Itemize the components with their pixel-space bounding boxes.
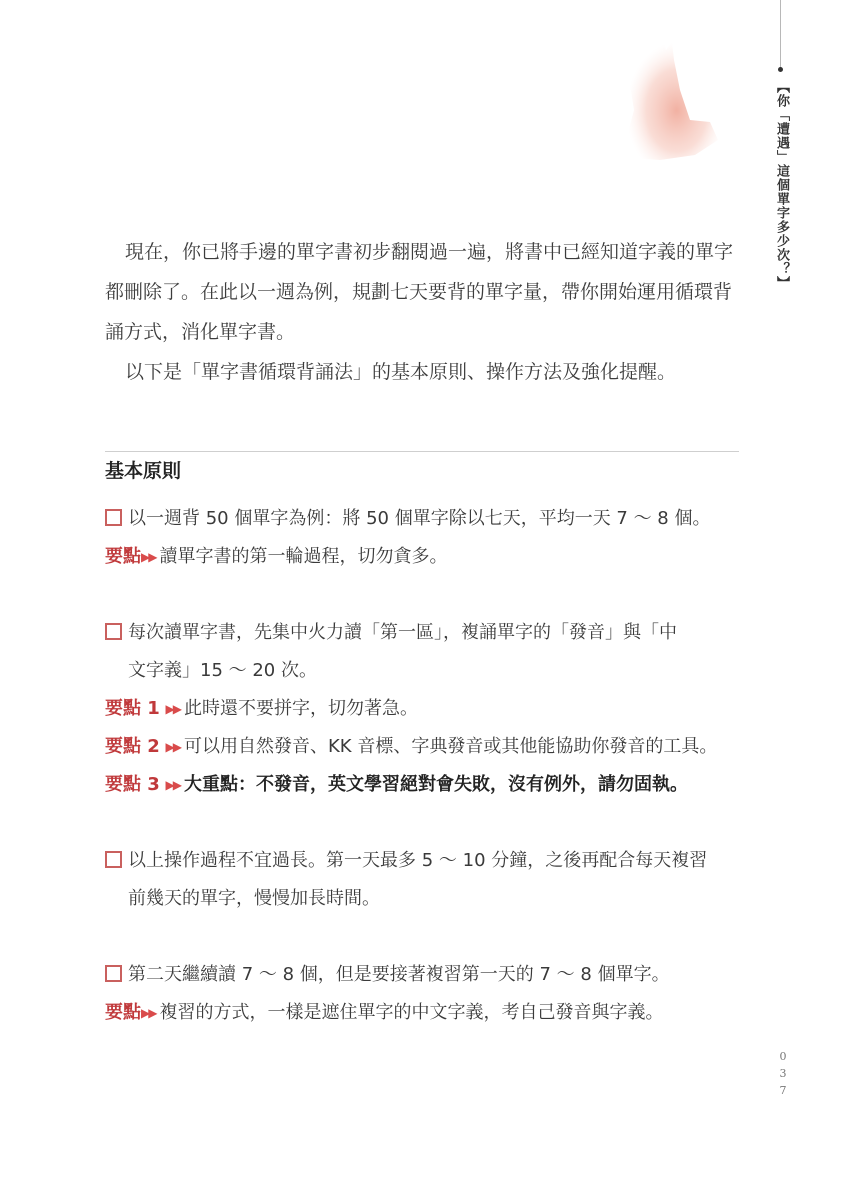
section-title: 基本原則 <box>105 456 181 486</box>
intro-line: 都刪除了。在此以一週為例，規劃七天要背的單字量，帶你開始運用循環背 <box>105 272 745 312</box>
section-divider <box>105 451 739 452</box>
item-text: 前幾天的單字，慢慢加長時間。 <box>128 888 380 909</box>
item-text: 以上操作過程不宜過長。第一天最多 5 ～ 10 分鐘，之後再配合每天複習 <box>128 850 707 871</box>
key-point: 要點▶▶複習的方式，一樣是遮住單字的中文字義，考自己發音與字義。 <box>105 994 755 1032</box>
intro-text: 現在，你已將手邊的單字書初步翻閱過一遍，將書中已經知道字義的單字 都刪除了。在此… <box>105 232 745 392</box>
side-dot <box>778 67 783 72</box>
double-arrow-icon: ▶▶ <box>141 1006 155 1020</box>
item-text: 以一週背 50 個單字為例：將 50 個單字除以七天，平均一天 7 ～ 8 個。 <box>128 508 710 529</box>
double-arrow-icon: ▶▶ <box>166 740 180 754</box>
key-point-label: 要點 2 <box>105 736 160 757</box>
intro-line: 誦方式，消化單字書。 <box>105 312 745 352</box>
key-point-text: 讀單字書的第一輪過程，切勿貪多。 <box>159 546 447 567</box>
principle-item: 以上操作過程不宜過長。第一天最多 5 ～ 10 分鐘，之後再配合每天複習 前幾天… <box>105 842 755 918</box>
checkbox[interactable] <box>105 509 122 526</box>
key-point-label: 要點 <box>105 546 141 567</box>
item-text: 每次讀單字書，先集中火力讀「第一區」，複誦單字的「發音」與「中 <box>128 622 677 643</box>
double-arrow-icon: ▶▶ <box>166 778 180 792</box>
item-text: 文字義」15 ～ 20 次。 <box>128 660 317 681</box>
key-point-text: 複習的方式，一樣是遮住單字的中文字義，考自己發音與字義。 <box>159 1002 663 1023</box>
side-rule <box>780 0 781 68</box>
checkbox[interactable] <box>105 965 122 982</box>
bird-wing-icon <box>600 30 720 170</box>
checkbox[interactable] <box>105 851 122 868</box>
page-digit: 3 <box>776 1065 790 1082</box>
principle-item: 第二天繼續讀 7 ～ 8 個，但是要接著複習第一天的 7 ～ 8 個單字。 要點… <box>105 956 755 1032</box>
double-arrow-icon: ▶▶ <box>166 702 180 716</box>
principle-item: 每次讀單字書，先集中火力讀「第一區」，複誦單字的「發音」與「中 文字義」15 ～… <box>105 614 755 804</box>
key-point-label: 要點 <box>105 1002 141 1023</box>
intro-line: 以下是「單字書循環背誦法」的基本原則、操作方法及強化提醒。 <box>105 352 745 392</box>
key-point: 要點 3 ▶▶大重點：不發音，英文學習絕對會失敗，沒有例外，請勿固執。 <box>105 766 755 804</box>
key-point: 要點▶▶讀單字書的第一輪過程，切勿貪多。 <box>105 538 755 576</box>
key-point-text: 此時還不要拼字，切勿著急。 <box>184 698 418 719</box>
key-point-text: 大重點：不發音，英文學習絕對會失敗，沒有例外，請勿固執。 <box>184 774 688 795</box>
principles-list: 以一週背 50 個單字為例：將 50 個單字除以七天，平均一天 7 ～ 8 個。… <box>105 500 755 1070</box>
key-point-label: 要點 3 <box>105 774 160 795</box>
page-number: 0 3 7 <box>776 1048 790 1099</box>
page-digit: 7 <box>776 1082 790 1099</box>
principle-item: 以一週背 50 個單字為例：將 50 個單字除以七天，平均一天 7 ～ 8 個。… <box>105 500 755 576</box>
key-point: 要點 2 ▶▶可以用自然發音、KK 音標、字典發音或其他能協助你發音的工具。 <box>105 728 755 766</box>
double-arrow-icon: ▶▶ <box>141 550 155 564</box>
key-point: 要點 1 ▶▶此時還不要拼字，切勿著急。 <box>105 690 755 728</box>
checkbox[interactable] <box>105 623 122 640</box>
intro-line: 現在，你已將手邊的單字書初步翻閱過一遍，將書中已經知道字義的單字 <box>105 232 745 272</box>
key-point-text: 可以用自然發音、KK 音標、字典發音或其他能協助你發音的工具。 <box>184 736 717 757</box>
running-title: 【你「遭遇」這個單字多少次？】 <box>770 80 792 290</box>
page-digit: 0 <box>776 1048 790 1065</box>
item-text: 第二天繼續讀 7 ～ 8 個，但是要接著複習第一天的 7 ～ 8 個單字。 <box>128 964 670 985</box>
key-point-label: 要點 1 <box>105 698 160 719</box>
